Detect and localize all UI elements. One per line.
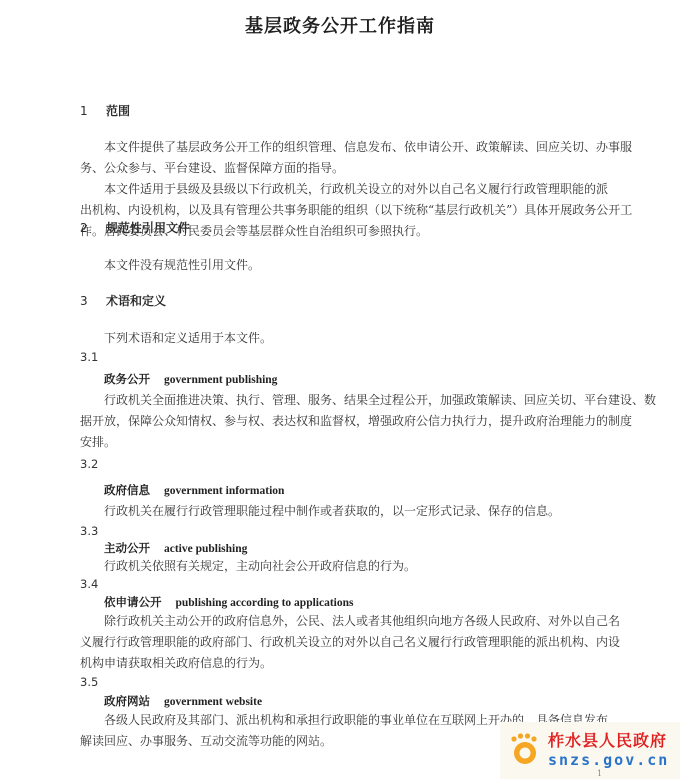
term-heading: 主动公开active publishing xyxy=(104,540,247,556)
section-number: 2 xyxy=(80,221,106,235)
section-3-heading: 3术语和定义 xyxy=(80,292,166,309)
sun-paw-logo-icon xyxy=(508,732,542,766)
definition-line: 义履行行政管理职能的政府部门、行政机关设立的对外以自己名义履行行政管理职能的派出… xyxy=(80,632,620,653)
term-en: government website xyxy=(164,696,262,708)
paragraph-line: 务、公众参与、平台建设、监督保障方面的指导。 xyxy=(80,158,344,179)
section-number: 1 xyxy=(80,104,106,118)
clause-number: 3.2 xyxy=(80,457,98,471)
section-2-heading: 2规范性引用文件 xyxy=(80,219,190,236)
term-heading: 政务公开government publishing xyxy=(104,371,277,387)
term-en: government information xyxy=(164,485,284,497)
clause-number: 3.5 xyxy=(80,675,98,689)
paragraph-line: 出机构、内设机构，以及具有管理公共事务职能的组织（以下统称“基层行政机关”）具体… xyxy=(80,200,632,221)
watermark-site-name: 柞水县人民政府 xyxy=(548,728,667,751)
term-zh: 依申请公开 xyxy=(104,595,162,609)
definition-line: 除行政机关主动公开的政府信息外，公民、法人或者其他组织向地方各级人民政府、对外以… xyxy=(104,611,620,632)
term-zh: 政府网站 xyxy=(104,694,150,708)
paragraph-line: 本文件适用于县级及县级以下行政机关，行政机关设立的对外以自己名义履行行政管理职能… xyxy=(104,179,608,200)
document-title: 基层政务公开工作指南 xyxy=(0,12,680,38)
definition-line: 行政机关全面推进决策、执行、管理、服务、结果全过程公开，加强政策解读、回应关切、… xyxy=(104,390,656,411)
clause-number: 3.4 xyxy=(80,577,98,591)
term-zh: 主动公开 xyxy=(104,541,150,555)
site-watermark: 柞水县人民政府 snzs.gov.cn xyxy=(500,722,680,779)
definition-line: 安排。 xyxy=(80,432,116,453)
clause-number: 3.3 xyxy=(80,524,98,538)
page-number: 1 xyxy=(597,769,602,778)
term-heading: 政府信息government information xyxy=(104,482,284,498)
definition-line: 行政机关依照有关规定，主动向社会公开政府信息的行为。 xyxy=(104,556,416,577)
section-title: 范围 xyxy=(106,104,130,118)
term-en: publishing according to applications xyxy=(176,597,354,609)
term-heading: 依申请公开publishing according to application… xyxy=(104,594,353,610)
watermark-url: snzs.gov.cn xyxy=(548,751,669,769)
definition-line: 行政机关在履行行政管理职能过程中制作或者获取的，以一定形式记录、保存的信息。 xyxy=(104,501,560,522)
clause-number: 3.1 xyxy=(80,350,98,364)
term-en: active publishing xyxy=(164,543,247,555)
term-zh: 政务公开 xyxy=(104,372,150,386)
section-title: 规范性引用文件 xyxy=(106,221,190,235)
term-heading: 政府网站government website xyxy=(104,693,262,709)
term-zh: 政府信息 xyxy=(104,483,150,497)
section-number: 3 xyxy=(80,294,106,308)
definition-line: 据开放，保障公众知情权、参与权、表达权和监督权，增强政府公信力执行力，提升政府治… xyxy=(80,411,632,432)
section-title: 术语和定义 xyxy=(106,294,166,308)
definition-line: 机构申请获取相关政府信息的行为。 xyxy=(80,653,272,674)
section-1-heading: 1范围 xyxy=(80,102,130,119)
term-en: government publishing xyxy=(164,374,277,386)
paragraph-line: 下列术语和定义适用于本文件。 xyxy=(104,328,272,349)
definition-line: 解读回应、办事服务、互动交流等功能的网站。 xyxy=(80,731,332,752)
paragraph-line: 本文件提供了基层政务公开工作的组织管理、信息发布、依申请公开、政策解读、回应关切… xyxy=(104,137,632,158)
paragraph-line: 本文件没有规范性引用文件。 xyxy=(104,255,260,276)
